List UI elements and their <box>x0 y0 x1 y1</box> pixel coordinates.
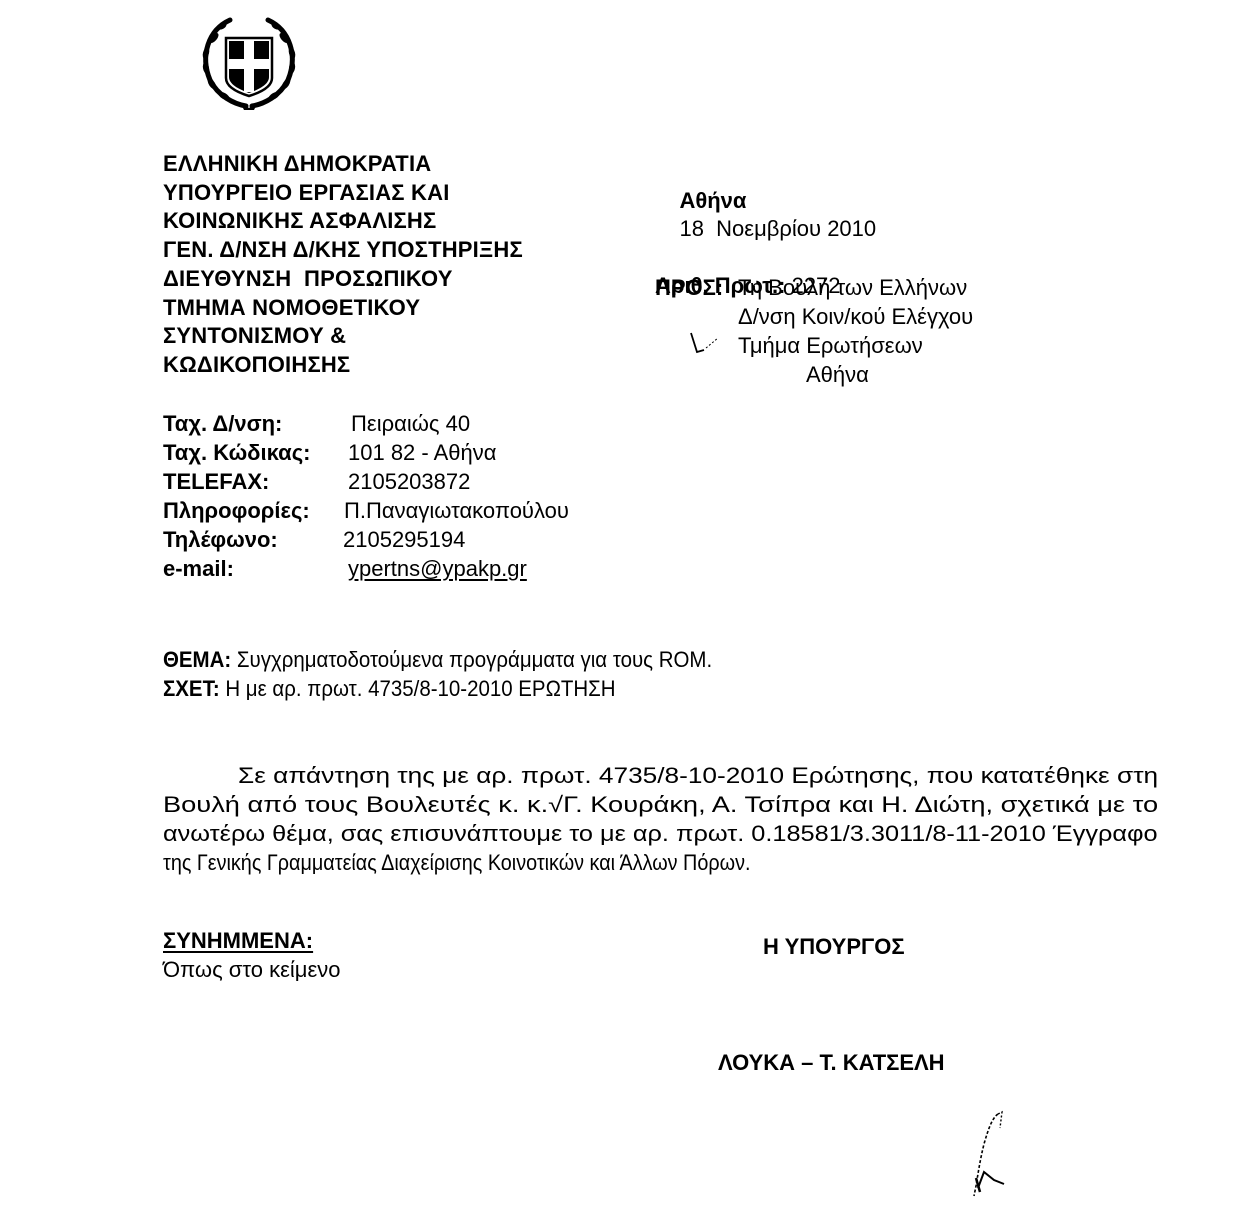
recipient-line: Αθήνα <box>806 360 869 389</box>
theme-label: ΘΕΜΑ: <box>163 647 231 672</box>
contact-label: Πληροφορίες: <box>163 496 310 525</box>
header-line: ΤΜΗΜΑ ΝΟΜΟΘΕΤΙΚΟΥ <box>163 294 523 323</box>
header-line: ΔΙΕΥΘΥΝΣΗ ΠΡΟΣΩΠΙΚΟΥ <box>163 265 523 294</box>
body-paragraph: Σε απάντηση της με αρ. πρωτ. 4735/8-10-2… <box>163 761 1158 877</box>
body-line: ανωτέρω θέμα, σας επισυνάπτουμε το με αρ… <box>163 819 1158 848</box>
ministry-header: ΕΛΛΗΝΙΚΗ ΔΗΜΟΚΡΑΤΙΑ ΥΠΟΥΡΓΕΙΟ ΕΡΓΑΣΙΑΣ Κ… <box>163 150 523 380</box>
contact-label: Ταχ. Δ/νση: <box>163 409 282 438</box>
subject-block: ΘΕΜΑ: Συγχρηματοδοτούμενα προγράμματα γι… <box>163 645 753 703</box>
header-line: ΚΩΔΙΚΟΠΟΙΗΣΗΣ <box>163 351 523 380</box>
recipient-line: Δ/νση Κοιν/κού Ελέγχου <box>738 302 973 331</box>
contact-value: Πειραιώς 40 <box>351 409 470 438</box>
header-line: ΓΕΝ. Δ/ΝΣΗ Δ/ΚΗΣ ΥΠΟΣΤΗΡΙΞΗΣ <box>163 236 523 265</box>
signatory-name: ΛΟΥΚΑ – Τ. ΚΑΤΣΕΛΗ <box>718 1050 945 1076</box>
document-date: 18 Νοεμβρίου 2010 <box>679 216 876 241</box>
reference-label: ΣΧΕΤ: <box>163 676 220 701</box>
email-link[interactable]: ypertns@ypakp.gr <box>348 554 527 583</box>
reference-value: Η με αρ. πρωτ. 4735/8-10-2010 ΕΡΩΤΗΣΗ <box>225 676 615 701</box>
recipient-line: Τμήμα Ερωτήσεων <box>738 331 923 360</box>
contact-value: 2105295194 <box>343 525 465 554</box>
header-line: ΣΥΝΤΟΝΙΣΜΟΥ & <box>163 322 523 351</box>
recipient-label: ΠΡΟΣ: <box>655 273 723 302</box>
date-city-label: Αθήνα <box>679 188 746 213</box>
handwritten-signature-icon <box>950 1108 1020 1203</box>
contact-label: TELEFAX: <box>163 467 269 496</box>
contact-value: Π.Παναγιωτακοπούλου <box>344 496 569 525</box>
header-line: ΕΛΛΗΝΙΚΗ ΔΗΜΟΚΡΑΤΙΑ <box>163 150 523 179</box>
theme-value: Συγχρηματοδοτούμενα προγράμματα για τους… <box>237 647 712 672</box>
greek-coat-of-arms-icon <box>190 8 308 112</box>
attachments-block: ΣΥΝΗΜΜΕΝΑ: Όπως στο κείμενο <box>163 926 341 984</box>
attachments-value: Όπως στο κείμενο <box>163 955 341 984</box>
recipient-line: Τη Βουλή των Ελλήνων <box>738 273 967 302</box>
contact-label: Ταχ. Κώδικας: <box>163 438 310 467</box>
checkmark-icon <box>688 330 728 358</box>
contact-label: Τηλέφωνο: <box>163 525 278 554</box>
body-line: Βουλή από τους Βουλευτές κ. κ.√Γ. Κουράκ… <box>163 790 1158 819</box>
body-line: Σε απάντηση της με αρ. πρωτ. 4735/8-10-2… <box>238 761 1158 790</box>
header-line: ΥΠΟΥΡΓΕΙΟ ΕΡΓΑΣΙΑΣ ΚΑΙ <box>163 179 523 208</box>
body-line: της Γενικής Γραμματείας Διαχείρισης Κοιν… <box>163 848 750 877</box>
contact-value: 2105203872 <box>348 467 470 496</box>
signatory-title: Η ΥΠΟΥΡΓΟΣ <box>763 934 905 960</box>
contact-value: 101 82 - Αθήνα <box>348 438 497 467</box>
header-line: ΚΟΙΝΩΝΙΚΗΣ ΑΣΦΑΛΙΣΗΣ <box>163 207 523 236</box>
attachments-label: ΣΥΝΗΜΜΕΝΑ: <box>163 926 341 955</box>
contact-label: e-mail: <box>163 554 234 583</box>
